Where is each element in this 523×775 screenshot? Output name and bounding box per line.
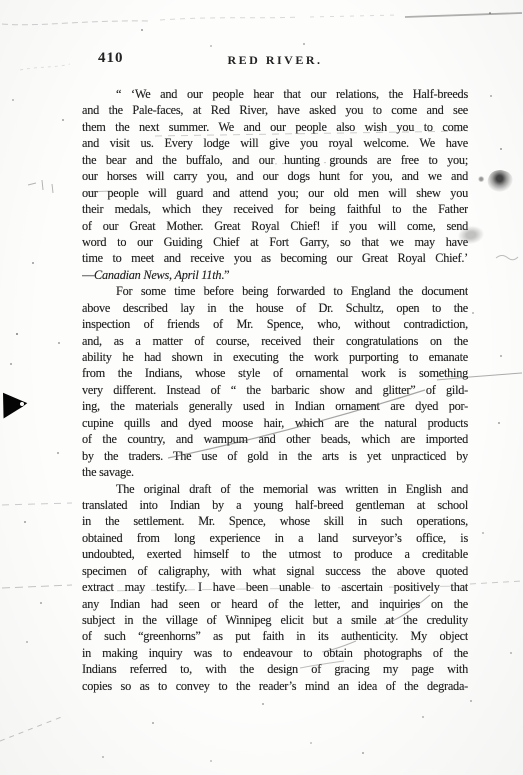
text-line: our people will guard and attend you; ou… (82, 185, 468, 201)
text-line: their medals, which they received for be… (82, 201, 468, 217)
text-line: For some time before being forwarded to … (82, 283, 468, 299)
text-line: specimen of caligraphy, with what signal… (82, 563, 468, 579)
text-line: The original draft of the memorial was w… (82, 481, 468, 497)
text-line: “ ‘We and our people hear that our relat… (82, 86, 468, 102)
text-line: and, as a matter of course, received the… (82, 333, 468, 349)
citation-source-italic: Canadian News, April 11th (94, 268, 221, 282)
text-line: of our Great Mother. Great Royal Chief! … (82, 218, 468, 234)
text-line: inspection of friends of Mr. Spence, who… (82, 316, 468, 332)
text-line: ing, the materials generally used in Ind… (82, 398, 468, 414)
text-line: by the traders. The use of gold in the a… (82, 448, 468, 464)
ink-smudge (485, 167, 515, 195)
text-line: in the settlement. Mr. Spence, whose ski… (82, 513, 468, 529)
text-line: very different. Instead of “ the barbari… (82, 382, 468, 398)
text-line: copies so as to convey to the reader’s m… (82, 678, 468, 694)
citation-text: — (82, 268, 94, 282)
text-line: obtained from long experience in a land … (82, 530, 468, 546)
text-line: them the next summer. We and our people … (82, 119, 468, 135)
citation-text: .” (221, 268, 229, 282)
text-line: extract may testify. I have been unable … (82, 579, 468, 595)
text-line: word to our Guiding Chief at Fort Garry,… (82, 234, 468, 250)
text-line: the bear and the buffalo, and our huntin… (82, 152, 468, 168)
text-line: of the country, and wampum and other bea… (82, 431, 468, 447)
text-line: in making inquiry was to endeavour to ob… (82, 645, 468, 661)
text-line: our horses will carry you, and our dogs … (82, 168, 468, 184)
text-line: the savage. (82, 464, 468, 480)
text-line: and visit us. Every lodge will give you … (82, 135, 468, 151)
text-line: from the Indians, whose style of ornamen… (82, 365, 468, 381)
text-block: “ ‘We and our people hear that our relat… (82, 86, 468, 694)
scan-noise-specks (0, 0, 2, 2)
text-line: Indians referred to, with the design of … (82, 661, 468, 677)
text-line: undoubted, exerted himself to the utmost… (82, 546, 468, 562)
text-line: of such “greenhorns” as put faith in its… (82, 628, 468, 644)
running-head: 410 RED RIVER. (82, 50, 468, 70)
running-title: RED RIVER. (82, 53, 468, 68)
ink-blot-triangle (3, 392, 30, 419)
text-line: and the Pale-faces, at Red River, have a… (82, 102, 468, 118)
text-line: cupine quills and dyed moose hair, which… (82, 415, 468, 431)
scanned-book-page: 410 RED RIVER. “ ‘We and our people hear… (0, 0, 523, 775)
text-line: —Canadian News, April 11th.” (82, 267, 468, 283)
text-line: any Indian had seen or heard of the lett… (82, 596, 468, 612)
text-line: above described lay in the house of Dr. … (82, 300, 468, 316)
text-line: translated into Indian by a young half-b… (82, 497, 468, 513)
text-line: subject in the village of Winnipeg elici… (82, 612, 468, 628)
text-line: ability he had shown in executing the wo… (82, 349, 468, 365)
text-line: time to meet and receive you as becoming… (82, 250, 468, 266)
